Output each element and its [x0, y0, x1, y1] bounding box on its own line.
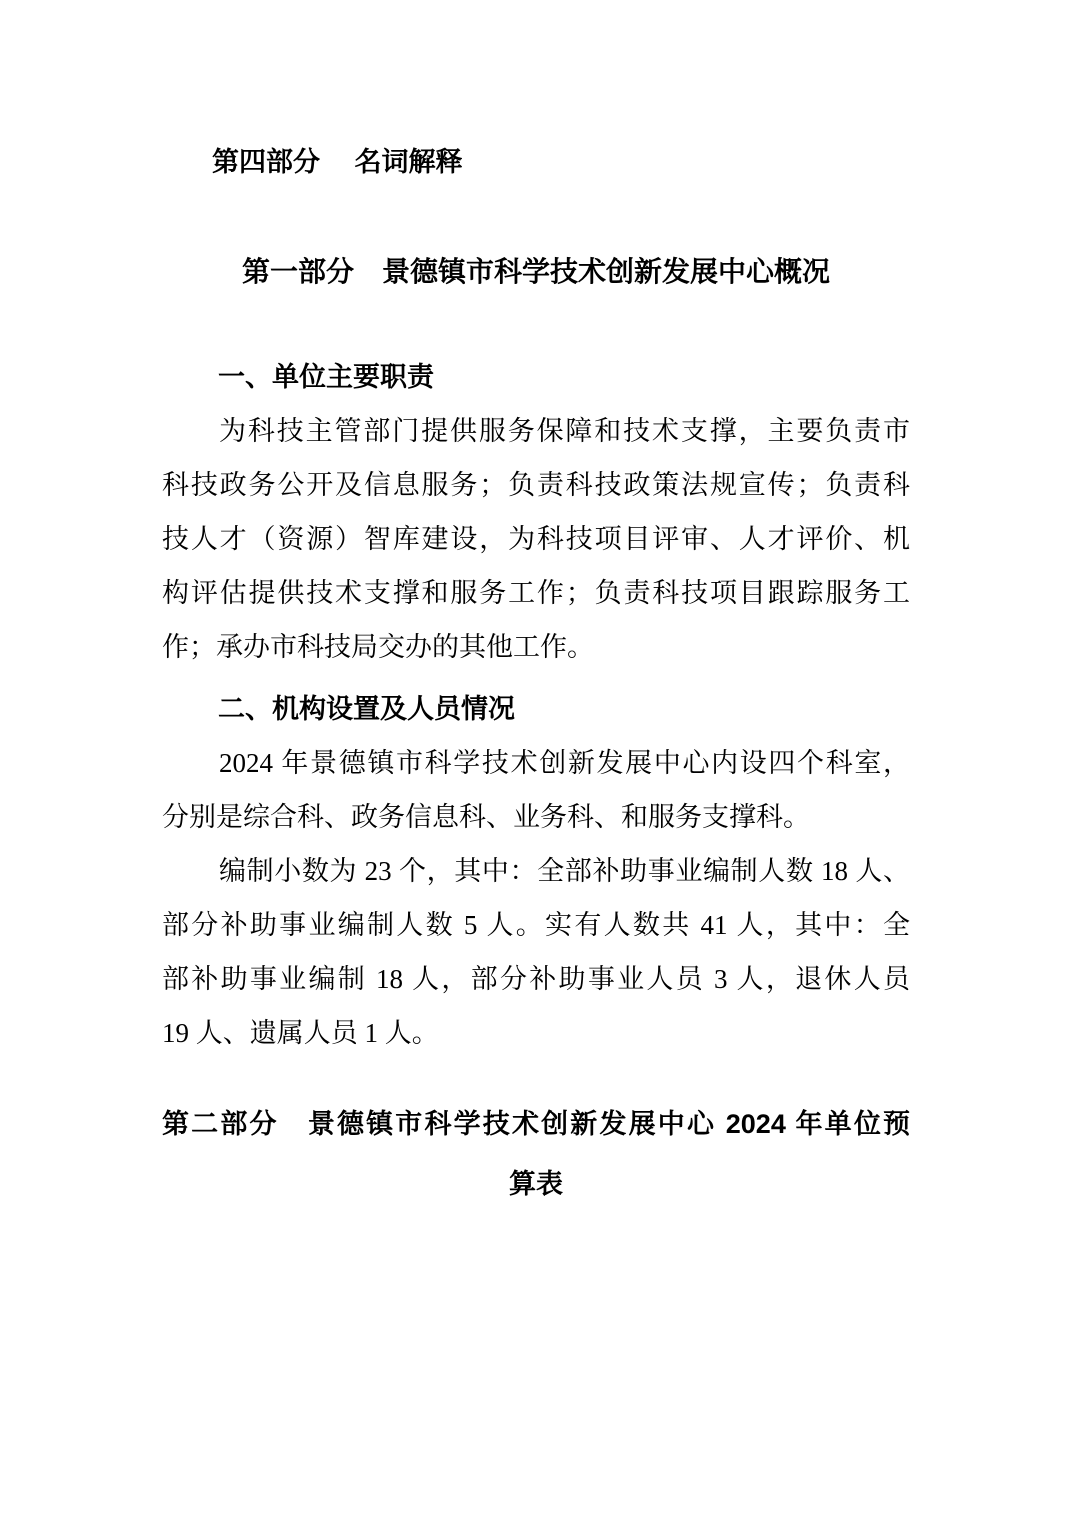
section2-heading: 二、机构设置及人员情况	[162, 682, 910, 736]
paragraph-line: 构评估提供技术支撑和服务工作；负责科技项目跟踪服务工	[162, 566, 910, 620]
paragraph-line: 部补助事业编制 18 人，部分补助事业人员 3 人，退休人员	[162, 952, 910, 1006]
paragraph-line: 19 人、遗属人员 1 人。	[162, 1006, 910, 1060]
part2-heading-line1: 第二部分 景德镇市科学技术创新发展中心 2024 年单位预	[162, 1094, 910, 1154]
document-page: 第四部分 名词解释 第一部分 景德镇市科学技术创新发展中心概况 一、单位主要职责…	[0, 0, 1074, 1520]
part4-heading: 第四部分 名词解释	[162, 146, 910, 178]
paragraph-line: 2024 年景德镇市科学技术创新发展中心内设四个科室，	[162, 736, 910, 790]
section1-heading: 一、单位主要职责	[162, 350, 910, 404]
part1-heading: 第一部分 景德镇市科学技术创新发展中心概况	[162, 254, 910, 290]
paragraph-line: 作；承办市科技局交办的其他工作。	[162, 620, 910, 674]
part2-heading-line2: 算表	[162, 1154, 910, 1214]
paragraph-line: 部分补助事业编制人数 5 人。实有人数共 41 人，其中：全	[162, 898, 910, 952]
paragraph-line: 科技政务公开及信息服务；负责科技政策法规宣传；负责科	[162, 458, 910, 512]
document-content: 第四部分 名词解释 第一部分 景德镇市科学技术创新发展中心概况 一、单位主要职责…	[162, 146, 910, 1214]
paragraph-line: 分别是综合科、政务信息科、业务科、和服务支撑科。	[162, 790, 910, 844]
paragraph-line: 技人才（资源）智库建设，为科技项目评审、人才评价、机	[162, 512, 910, 566]
paragraph-line: 为科技主管部门提供服务保障和技术支撑，主要负责市	[162, 404, 910, 458]
paragraph-line: 编制小数为 23 个，其中：全部补助事业编制人数 18 人、	[162, 844, 910, 898]
